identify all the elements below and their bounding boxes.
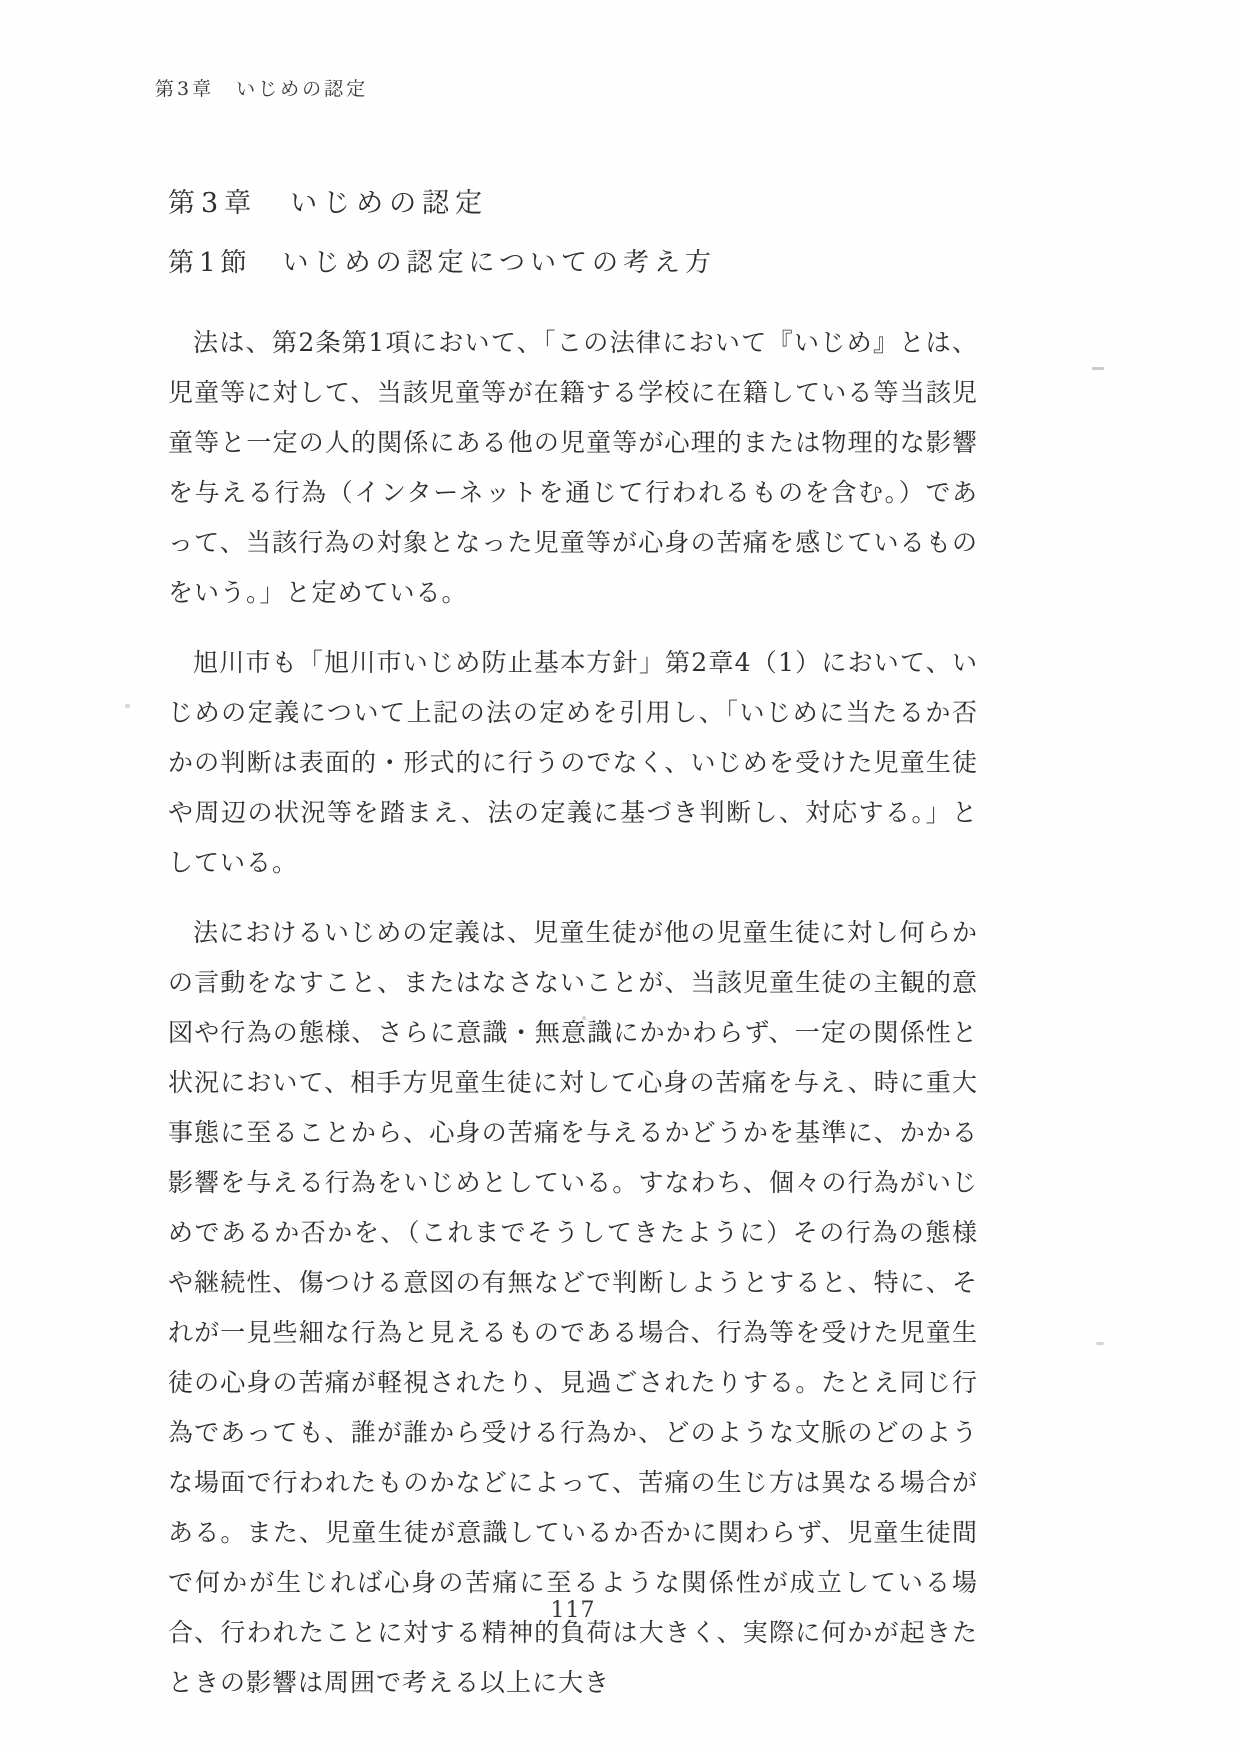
scan-artifact	[1092, 367, 1104, 370]
chapter-title: 第3章 いじめの認定	[168, 188, 978, 220]
paragraph-law-definition: 法は、第2条第1項において、「この法律において『いじめ』とは、児童等に対して、当…	[168, 318, 978, 618]
section-title: 第1節 いじめの認定についての考え方	[168, 248, 978, 279]
scan-artifact	[125, 704, 130, 708]
paragraph-definition-discussion: 法におけるいじめの定義は、児童生徒が他の児童生徒に対し何らかの言動をなすこと、ま…	[168, 908, 978, 1708]
document-page: 第3章 いじめの認定 第3章 いじめの認定 第1節 いじめの認定についての考え方…	[0, 0, 1239, 1754]
page-number: 117	[168, 1598, 978, 1623]
scan-artifact	[1096, 1342, 1104, 1345]
paragraph-asahikawa-policy: 旭川市も「旭川市いじめ防止基本方針」第2章4（1）において、いじめの定義について…	[168, 638, 978, 888]
running-header: 第3章 いじめの認定	[155, 74, 368, 101]
page-content: 第3章 いじめの認定 第1節 いじめの認定についての考え方 法は、第2条第1項に…	[168, 188, 978, 1708]
scan-artifact	[582, 1016, 586, 1020]
